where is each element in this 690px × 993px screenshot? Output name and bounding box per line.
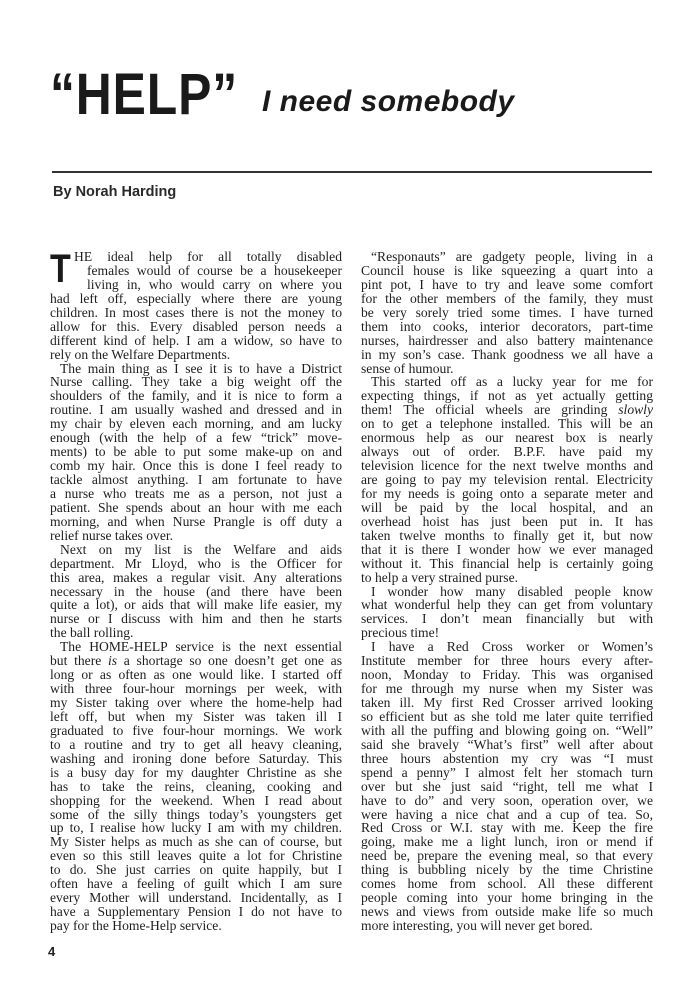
headline-subtitle: I need somebody <box>262 82 515 122</box>
text-line: three hours abstention my cry was “I mus… <box>361 752 653 766</box>
text-line: had left off, especially where there are… <box>50 292 342 306</box>
text-line: Council house is like squeezing a quart … <box>361 264 653 278</box>
column-right: “Responauts” are gadgety people, living … <box>361 250 653 933</box>
text-line: more interesting, you will never get bor… <box>361 919 653 933</box>
text-line: left off, but when my Sister was taken i… <box>50 710 342 724</box>
text-line: in my son’s case. Thank goodness we all … <box>361 348 653 362</box>
text-line: necessary in the house (and there have b… <box>50 585 342 599</box>
text-line: television licence for the next twelve m… <box>361 459 653 473</box>
text-line: Red Cross or W.I. stay with me. Keep the… <box>361 821 653 835</box>
text-line: thing is bubbling nicely by the time Chr… <box>361 863 653 877</box>
text-line: to help a very strained purse. <box>361 571 653 585</box>
text-line: noon, Monday to Friday. This was organis… <box>361 668 653 682</box>
text-line: shoulders of the family, and it is nice … <box>50 389 342 403</box>
text-line: spend a penny” I almost felt her stomach… <box>361 766 653 780</box>
text-line: allow for this. Every disabled person ne… <box>50 320 342 334</box>
text-line: patient. She spends about an hour with m… <box>50 501 342 515</box>
text-line: going, make me a light lunch, iron or me… <box>361 835 653 849</box>
text-line: to a routine and try to get all heavy cl… <box>50 738 342 752</box>
text-line: often have a feeling of guilt which I am… <box>50 877 342 891</box>
text-line: “Responauts” are gadgety people, living … <box>361 250 653 264</box>
text-line: are going to pay my television rental. E… <box>361 473 653 487</box>
text-line: The HOME-HELP service is the next essent… <box>50 640 342 654</box>
text-line: that it is there I wonder how we ever ma… <box>361 543 653 557</box>
text-line: department. Mr Lloyd, who is the Officer… <box>50 557 342 571</box>
text-line: long or as often as one would like. I st… <box>50 668 342 682</box>
text-line: females would of course be a housekeeper <box>50 264 342 278</box>
text-line: need be, prepare the evening meal, so th… <box>361 849 653 863</box>
text-line: for the other members of the family, the… <box>361 292 653 306</box>
text-line: services. I don’t mean financially but w… <box>361 612 653 626</box>
text-line: comb my hair. Once this is done I feel r… <box>50 459 342 473</box>
text-line: rely on the Welfare Departments. <box>50 348 342 362</box>
text-line: will be paid by the local hospital, and … <box>361 501 653 515</box>
text-line: even so this still leaves quite a lot fo… <box>50 849 342 863</box>
text-line: were having a nice chat and a cup of tea… <box>361 808 653 822</box>
text-line: routine. I am usually washed and dressed… <box>50 403 342 417</box>
text-line: expecting things, if not as yet actually… <box>361 389 653 403</box>
text-line: the ball rolling. <box>50 626 342 640</box>
text-line: pay for the Home-Help service. <box>50 919 342 933</box>
text-line: without it. This financial help is certa… <box>361 557 653 571</box>
text-line: them! The official wheels are grinding s… <box>361 403 653 417</box>
text-line: I have a Red Cross worker or Women’s <box>361 640 653 654</box>
emphasis-text: is <box>108 653 117 668</box>
text-line: for me through my nurse when my Sister w… <box>361 682 653 696</box>
text-line: news and views from outside make life so… <box>361 905 653 919</box>
text-line: nurse or I discuss with him and then he … <box>50 612 342 626</box>
text-line: so efficient but as she told me later qu… <box>361 710 653 724</box>
text-line: HE ideal help for all totally disabled <box>50 250 342 264</box>
text-line: quite a lot), or aids that will make lif… <box>50 598 342 612</box>
text-line: nurses, hairdresser and also battery mai… <box>361 334 653 348</box>
text-line: up to, I realise how lucky I am with my … <box>50 821 342 835</box>
text-line: every Mother will understand. Incidental… <box>50 891 342 905</box>
text-line: my chair by eleven each morning, and am … <box>50 417 342 431</box>
text-line: to do. She just carries on quite happily… <box>50 863 342 877</box>
text-line: them into cooks, interior decorators, pa… <box>361 320 653 334</box>
text-line: Nurse calling. They take a big weight of… <box>50 375 342 389</box>
header-rule-divider <box>52 171 652 173</box>
text-line: always out of order. B.P.F. have paid my <box>361 445 653 459</box>
text-line: Institute member for three hours every a… <box>361 654 653 668</box>
text-line: taken twelve months to finally get it, b… <box>361 529 653 543</box>
text-line: some of the silly things today’s youngst… <box>50 808 342 822</box>
text-line: on to get a telephone installed. This wi… <box>361 417 653 431</box>
emphasis-text: slowly <box>618 402 653 417</box>
text-line: enormous help as our nearest box is near… <box>361 431 653 445</box>
text-line: relief nurse takes over. <box>50 529 342 543</box>
byline: By Norah Harding <box>53 184 176 200</box>
text-line: for my needs is going onto a separate me… <box>361 487 653 501</box>
text-line: The main thing as I see it is to have a … <box>50 362 342 376</box>
text-line: my Sister taking over where the home-hel… <box>50 696 342 710</box>
column-left: HE ideal help for all totally disabledfe… <box>50 250 342 933</box>
text-line: pint pot, I have to try and leave some c… <box>361 278 653 292</box>
text-line: have to do” and very soon, operation ove… <box>361 794 653 808</box>
text-line: Next on my list is the Welfare and aids <box>50 543 342 557</box>
text-line: a nurse who treats me as a person, not j… <box>50 487 342 501</box>
text-line: comes home from school. All these differ… <box>361 877 653 891</box>
text-line: living in, who would carry on where you <box>50 278 342 292</box>
text-line: but there is a shortage so one doesn’t g… <box>50 654 342 668</box>
text-line: overhead hoist has just been put in. It … <box>361 515 653 529</box>
text-line: with all the puffing and blowing going o… <box>361 724 653 738</box>
text-line: be very sorely tried some times. I have … <box>361 306 653 320</box>
text-line: people coming into your home bringing in… <box>361 891 653 905</box>
text-line: shopping for the weekend. When I read ab… <box>50 794 342 808</box>
text-line: precious time! <box>361 626 653 640</box>
text-line: said she bravely “What’s first” well aft… <box>361 738 653 752</box>
text-line: what wonderful help they can get from vo… <box>361 598 653 612</box>
text-line: graduated to five four-hour mornings. We… <box>50 724 342 738</box>
text-line: this area, makes a regular visit. Any al… <box>50 571 342 585</box>
page-number: 4 <box>48 944 55 959</box>
headline-help: “HELP” <box>50 60 238 130</box>
text-line: with three four-hour mornings per week, … <box>50 682 342 696</box>
text-line: different kind of help. I am a widow, so… <box>50 334 342 348</box>
text-line: morning, and when Nurse Prangle is off d… <box>50 515 342 529</box>
text-line: over but she just said “right, tell me w… <box>361 780 653 794</box>
text-line: sense of humour. <box>361 362 653 376</box>
text-line: have a Supplementary Pension I do not ha… <box>50 905 342 919</box>
text-line: This started off as a lucky year for me … <box>361 375 653 389</box>
text-line: taken ill. My first Red Crosser arrived … <box>361 696 653 710</box>
text-line: enough (with the help of a few “trick” m… <box>50 431 342 445</box>
text-line: is a busy day for my daughter Christine … <box>50 766 342 780</box>
text-line: My Sister helps as much as she can of co… <box>50 835 342 849</box>
text-line: has to take the reins, cleaning, cooking… <box>50 780 342 794</box>
text-line: ments) to be able to put some make-up on… <box>50 445 342 459</box>
text-line: washing and ironing done before Saturday… <box>50 752 342 766</box>
text-line: I wonder how many disabled people know <box>361 585 653 599</box>
text-line: tackle almost anything. I am fortunate t… <box>50 473 342 487</box>
text-line: children. In most cases there is not the… <box>50 306 342 320</box>
